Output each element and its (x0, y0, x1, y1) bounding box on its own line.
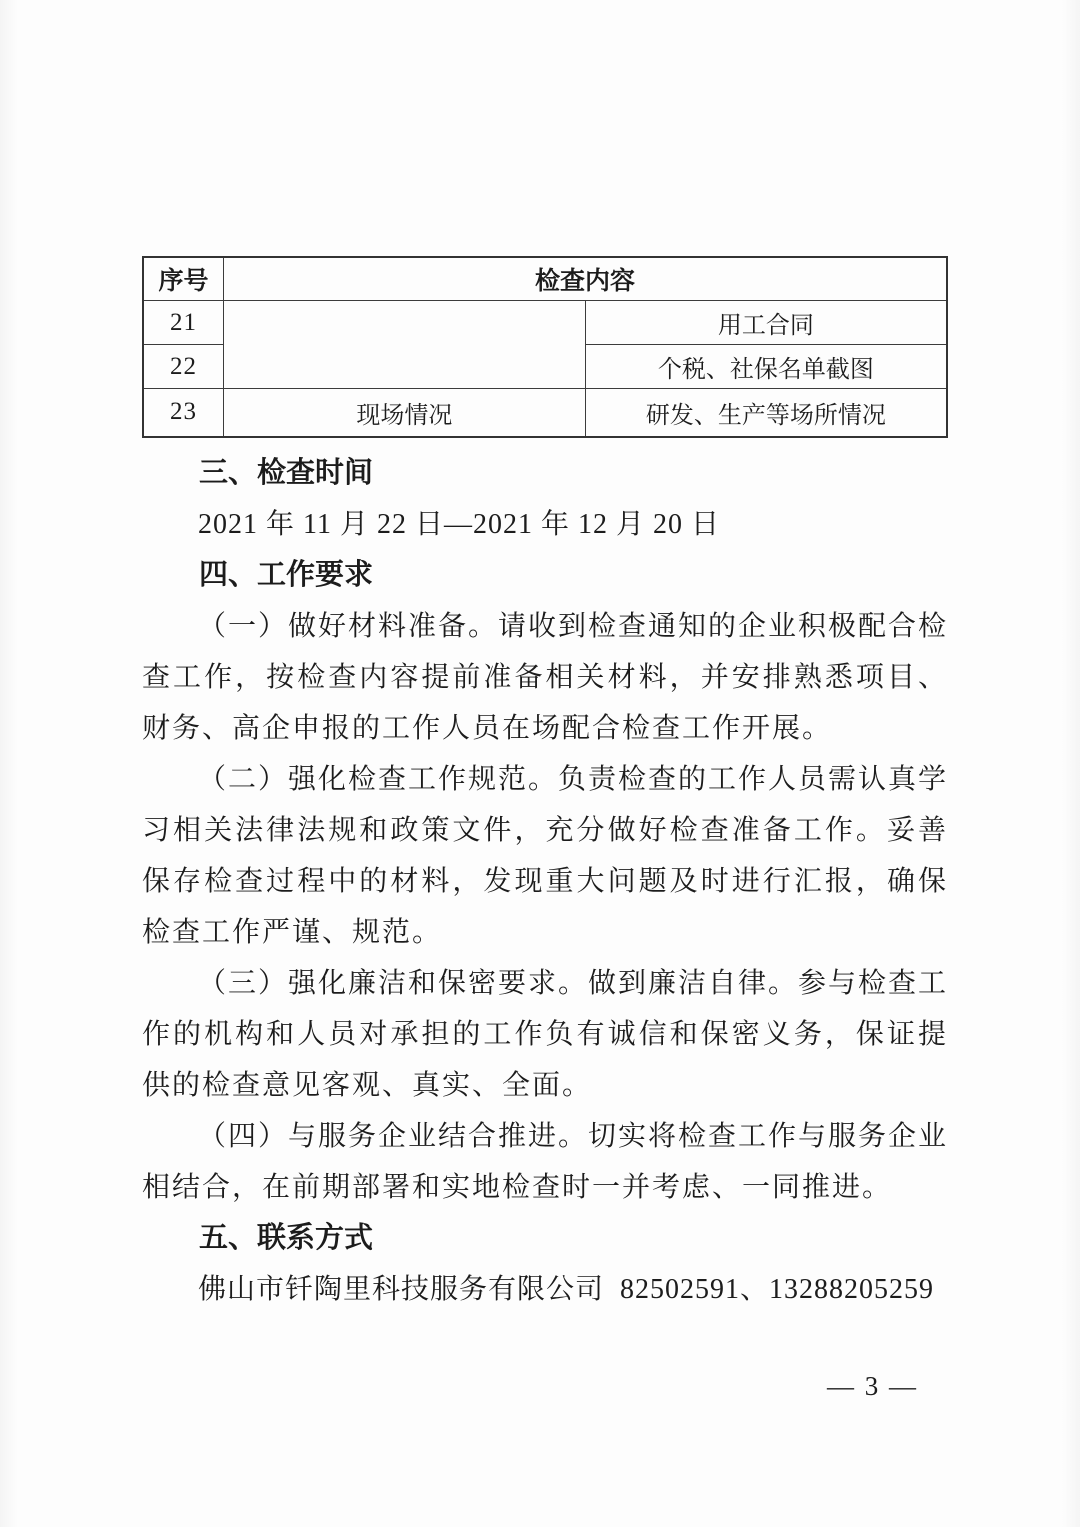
document-page: { "document": { "table": { "header": { "… (0, 0, 1080, 1527)
table-row: 23 现场情况 研发、生产等场所情况 (143, 389, 947, 437)
table-row: 21 用工合同 (143, 301, 947, 345)
requirement-paragraph-4: （四）与服务企业结合推进。切实将检查工作与服务企业相结合，在前期部署和实地检查时… (142, 1111, 948, 1213)
requirement-paragraph-2: （二）强化检查工作规范。负责检查的工作人员需认真学习相关法律法规和政策文件，充分… (142, 754, 948, 958)
header-cell-content: 检查内容 (224, 257, 948, 301)
section-3-heading: 三、检查时间 (142, 448, 948, 499)
requirement-paragraph-3: （三）强化廉洁和保密要求。做到廉洁自律。参与检查工作的机构和人员对承担的工作负有… (142, 958, 948, 1111)
inspection-table: 序号 检查内容 21 用工合同 22 个税、社保名单截图 23 现场情况 研发、… (142, 256, 948, 438)
page-number: — 3 — (142, 1361, 948, 1412)
document-content: 序号 检查内容 21 用工合同 22 个税、社保名单截图 23 现场情况 研发、… (142, 256, 948, 1439)
requirement-paragraph-1: （一）做好材料准备。请收到检查通知的企业积极配合检查工作，按检查内容提前准备相关… (142, 601, 948, 754)
section-5-heading: 五、联系方式 (142, 1213, 948, 1264)
header-cell-no: 序号 (143, 257, 224, 301)
cell-content-22: 个税、社保名单截图 (585, 345, 947, 389)
inspection-period: 2021 年 11 月 22 日—2021 年 12 月 20 日 (142, 499, 948, 550)
table-header-row: 序号 检查内容 (143, 257, 947, 301)
section-4-heading: 四、工作要求 (142, 550, 948, 601)
cell-no-22: 22 (143, 345, 224, 389)
cell-content-21: 用工合同 (585, 301, 947, 345)
contact-info: 佛山市钎陶里科技服务有限公司 82502591、13288205259 (142, 1264, 948, 1315)
cell-content-23: 研发、生产等场所情况 (585, 389, 947, 437)
cell-no-21: 21 (143, 301, 224, 345)
cell-category-merged (224, 301, 586, 389)
cell-no-23: 23 (143, 389, 224, 437)
cell-category-23: 现场情况 (224, 389, 586, 437)
